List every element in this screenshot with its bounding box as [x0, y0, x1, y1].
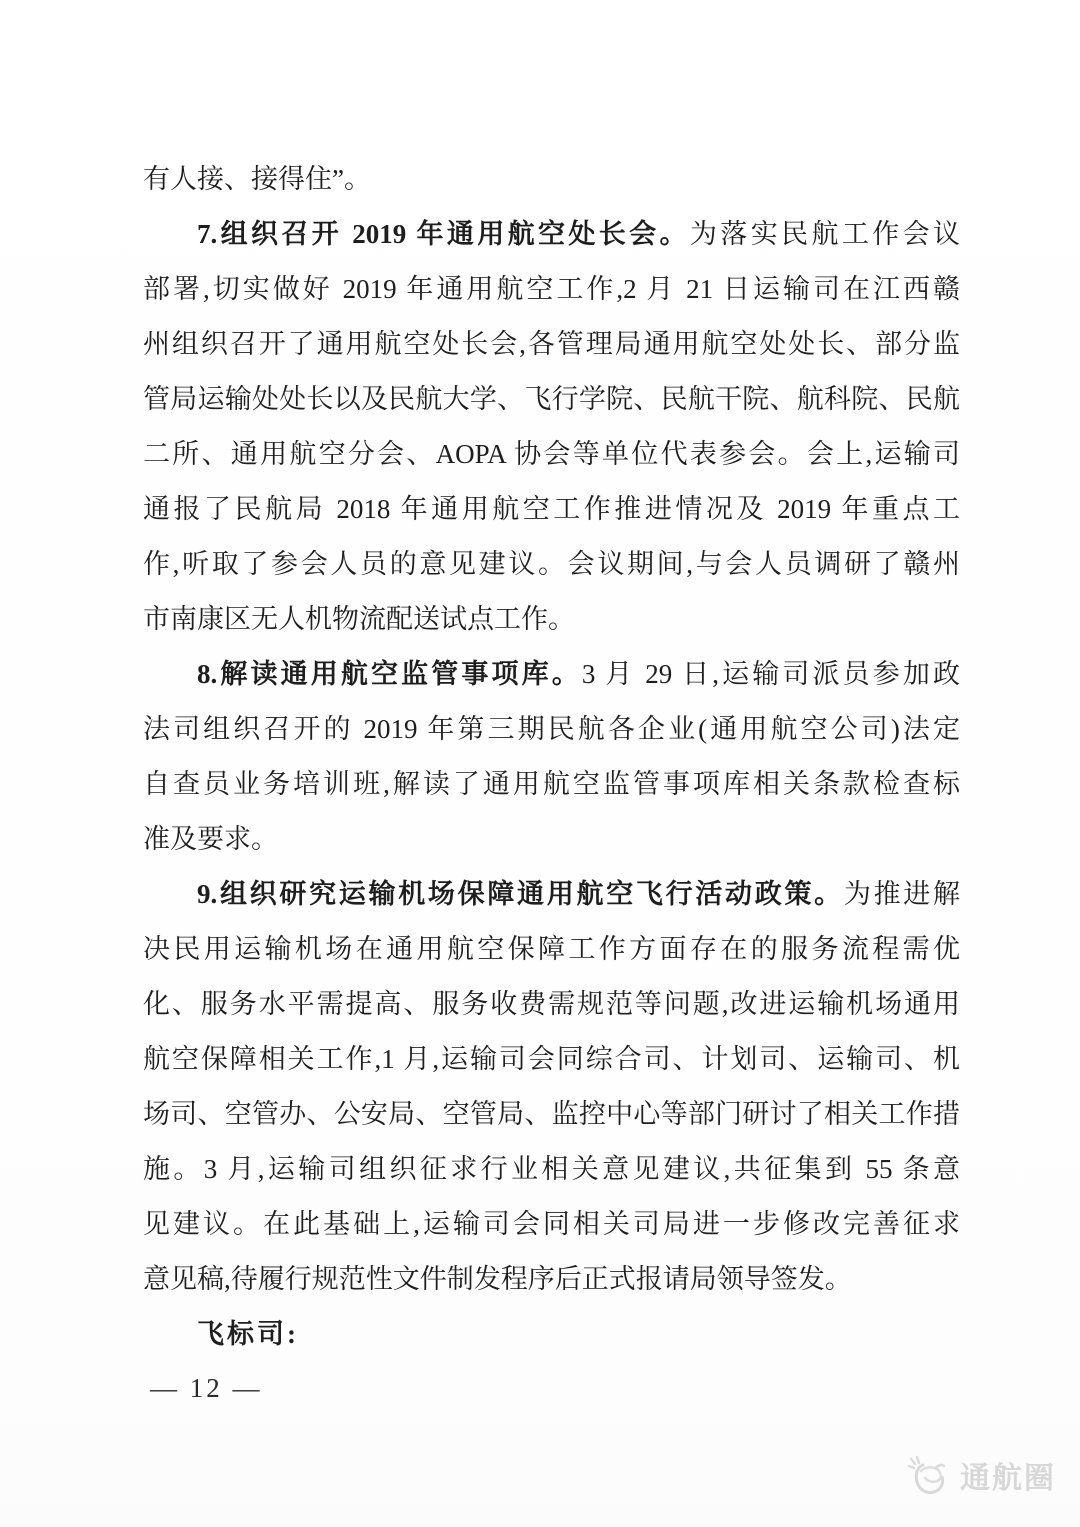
- paragraph-text: 为落实民航工作会议: [690, 219, 960, 249]
- text-line: 意见稿,待履行规范性文件制发程序后正式报请局领导签发。: [143, 1252, 960, 1307]
- text-line: 作,听取了参会人员的意见建议。会议期间,与会人员调研了赣州: [143, 537, 960, 592]
- text-line: 航空保障相关工作,1 月,运输司会同综合司、计划司、运输司、机: [143, 1032, 960, 1087]
- text-line: 施。3 月,运输司组织征求行业相关意见建议,共征集到 55 条意: [143, 1142, 960, 1197]
- paragraph-lead: 7.组织召开 2019 年通用航空处长会。: [197, 219, 690, 249]
- text-line: 市南康区无人机物流配送试点工作。: [143, 592, 960, 647]
- text-line: 9.组织研究运输机场保障通用航空飞行活动政策。为推进解: [143, 867, 960, 922]
- text-line: 自查员业务培训班,解读了通用航空监管事项库相关条款检查标: [143, 757, 960, 812]
- watermark-label: 通航圈: [960, 1453, 1056, 1497]
- paragraph-text: 3 月 29 日,运输司派员参加政: [582, 659, 960, 689]
- text-line: 二所、通用航空分会、AOPA 协会等单位代表参会。会上,运输司: [143, 427, 960, 482]
- text-line: 管局运输处处长以及民航大学、飞行学院、民航干院、航科院、民航: [143, 372, 960, 427]
- text-line: 有人接、接得住”。: [143, 152, 960, 207]
- text-line: 化、服务水平需提高、服务收费需规范等问题,改进运输机场通用: [143, 977, 960, 1032]
- paragraph-lead: 8.解读通用航空监管事项库。: [197, 659, 582, 689]
- document-page: 有人接、接得住”。 7.组织召开 2019 年通用航空处长会。为落实民航工作会议…: [0, 0, 1080, 1527]
- text-line: 州组织召开了通用航空处长会,各管理局通用航空处处长、部分监: [143, 317, 960, 372]
- text-line: 8.解读通用航空监管事项库。3 月 29 日,运输司派员参加政: [143, 647, 960, 702]
- section-label-feibiaosi: 飞标司:: [143, 1307, 960, 1362]
- text-line: 通报了民航局 2018 年通用航空工作推进情况及 2019 年重点工: [143, 482, 960, 537]
- text-line: 场司、空管办、公安局、空管局、监控中心等部门研讨了相关工作措: [143, 1087, 960, 1142]
- text-line: 部署,切实做好 2019 年通用航空工作,2 月 21 日运输司在江西赣: [143, 262, 960, 317]
- text-line: 准及要求。: [143, 812, 960, 867]
- text-line: 7.组织召开 2019 年通用航空处长会。为落实民航工作会议: [143, 207, 960, 262]
- swan-logo-icon: [903, 1451, 955, 1499]
- text-line: 见建议。在此基础上,运输司会同相关司局进一步修改完善征求: [143, 1197, 960, 1252]
- text-line: 法司组织召开的 2019 年第三期民航各企业(通用航空公司)法定: [143, 702, 960, 757]
- text-line: 决民用运输机场在通用航空保障工作方面存在的服务流程需优: [143, 922, 960, 977]
- paragraph-lead: 9.组织研究运输机场保障通用航空飞行活动政策。: [197, 879, 844, 909]
- page-number: — 12 —: [150, 1368, 263, 1408]
- paragraph-text: 为推进解: [844, 879, 960, 909]
- watermark: 通航圈: [903, 1450, 1056, 1500]
- document-body: 有人接、接得住”。 7.组织召开 2019 年通用航空处长会。为落实民航工作会议…: [143, 152, 960, 1362]
